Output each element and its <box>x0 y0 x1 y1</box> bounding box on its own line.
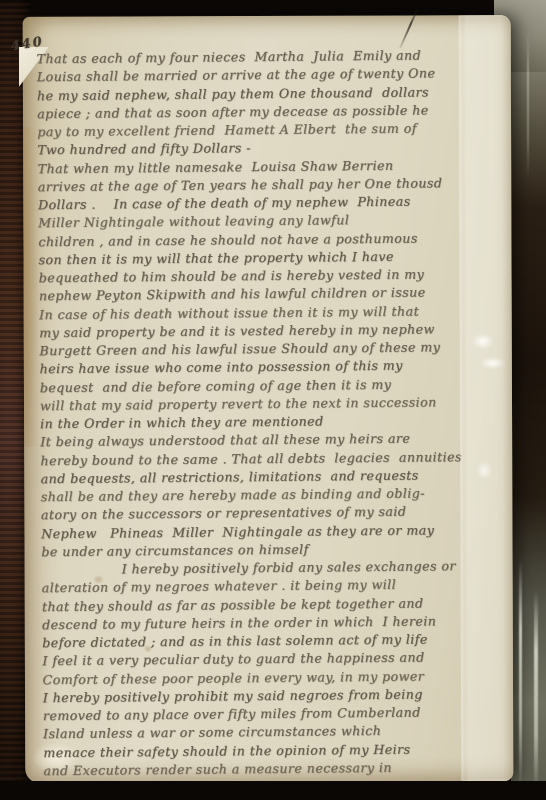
plastic-glare <box>480 357 506 369</box>
scanned-document: 440 That as each of my four nieces Marth… <box>0 0 546 800</box>
book-edge-bottom <box>0 781 546 800</box>
plastic-glare-streak <box>534 590 538 795</box>
plastic-overlay-band <box>459 15 514 781</box>
manuscript-line: and Executors render such a measure nece… <box>43 758 503 781</box>
plastic-glare <box>472 333 494 349</box>
plastic-glare-streak <box>527 30 529 180</box>
plastic-glare <box>476 461 492 479</box>
manuscript-page: 440 That as each of my four nieces Marth… <box>23 15 514 783</box>
manuscript-text: That as each of my four nieces Martha Ju… <box>37 46 504 780</box>
plastic-glare-streak <box>519 560 522 790</box>
book-edge-top <box>0 0 546 15</box>
